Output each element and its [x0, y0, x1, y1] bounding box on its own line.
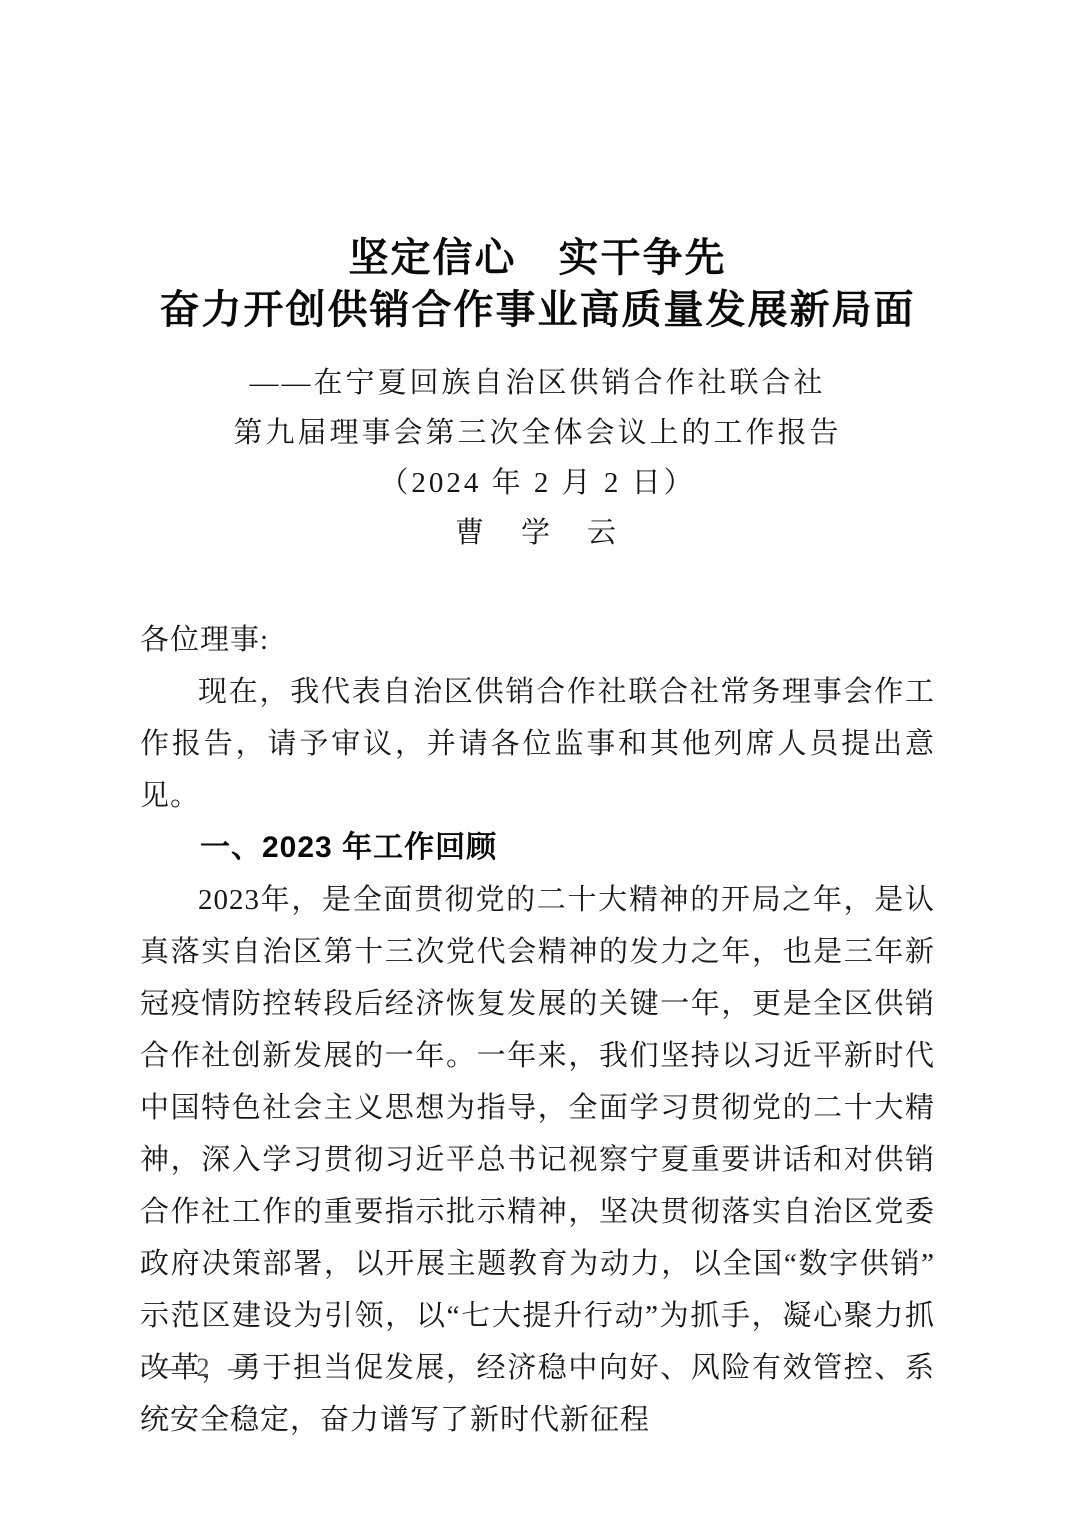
doc-subtitle-group: ——在宁夏回族自治区供销合作社联合社 第九届理事会第三次全体会议上的工作报告 （…: [140, 358, 935, 558]
doc-author: 曹 学 云: [140, 508, 935, 558]
section1-heading: 一、2023 年工作回顾: [140, 822, 935, 874]
document-page: 坚定信心 实干争先 奋力开创供销合作事业高质量发展新局面 ——在宁夏回族自治区供…: [0, 0, 1075, 1520]
paragraph-intro: 现在，我代表自治区供销合作社联合社常务理事会作工作报告，请予审议，并请各位监事和…: [140, 666, 935, 822]
salutation: 各位理事:: [140, 614, 935, 666]
doc-title-line1: 坚定信心 实干争先: [140, 232, 935, 284]
doc-title-line2: 奋力开创供销合作事业高质量发展新局面: [140, 284, 935, 336]
doc-subtitle-line1: ——在宁夏回族自治区供销合作社联合社: [140, 358, 935, 408]
doc-subtitle-line2: 第九届理事会第三次全体会议上的工作报告: [140, 408, 935, 458]
document-body: 各位理事: 现在，我代表自治区供销合作社联合社常务理事会作工作报告，请予审议，并…: [140, 614, 935, 1446]
document-header: 坚定信心 实干争先 奋力开创供销合作事业高质量发展新局面 ——在宁夏回族自治区供…: [140, 232, 935, 558]
page-number: — 2 —: [152, 1352, 260, 1384]
doc-date: （2024 年 2 月 2 日）: [140, 458, 935, 508]
